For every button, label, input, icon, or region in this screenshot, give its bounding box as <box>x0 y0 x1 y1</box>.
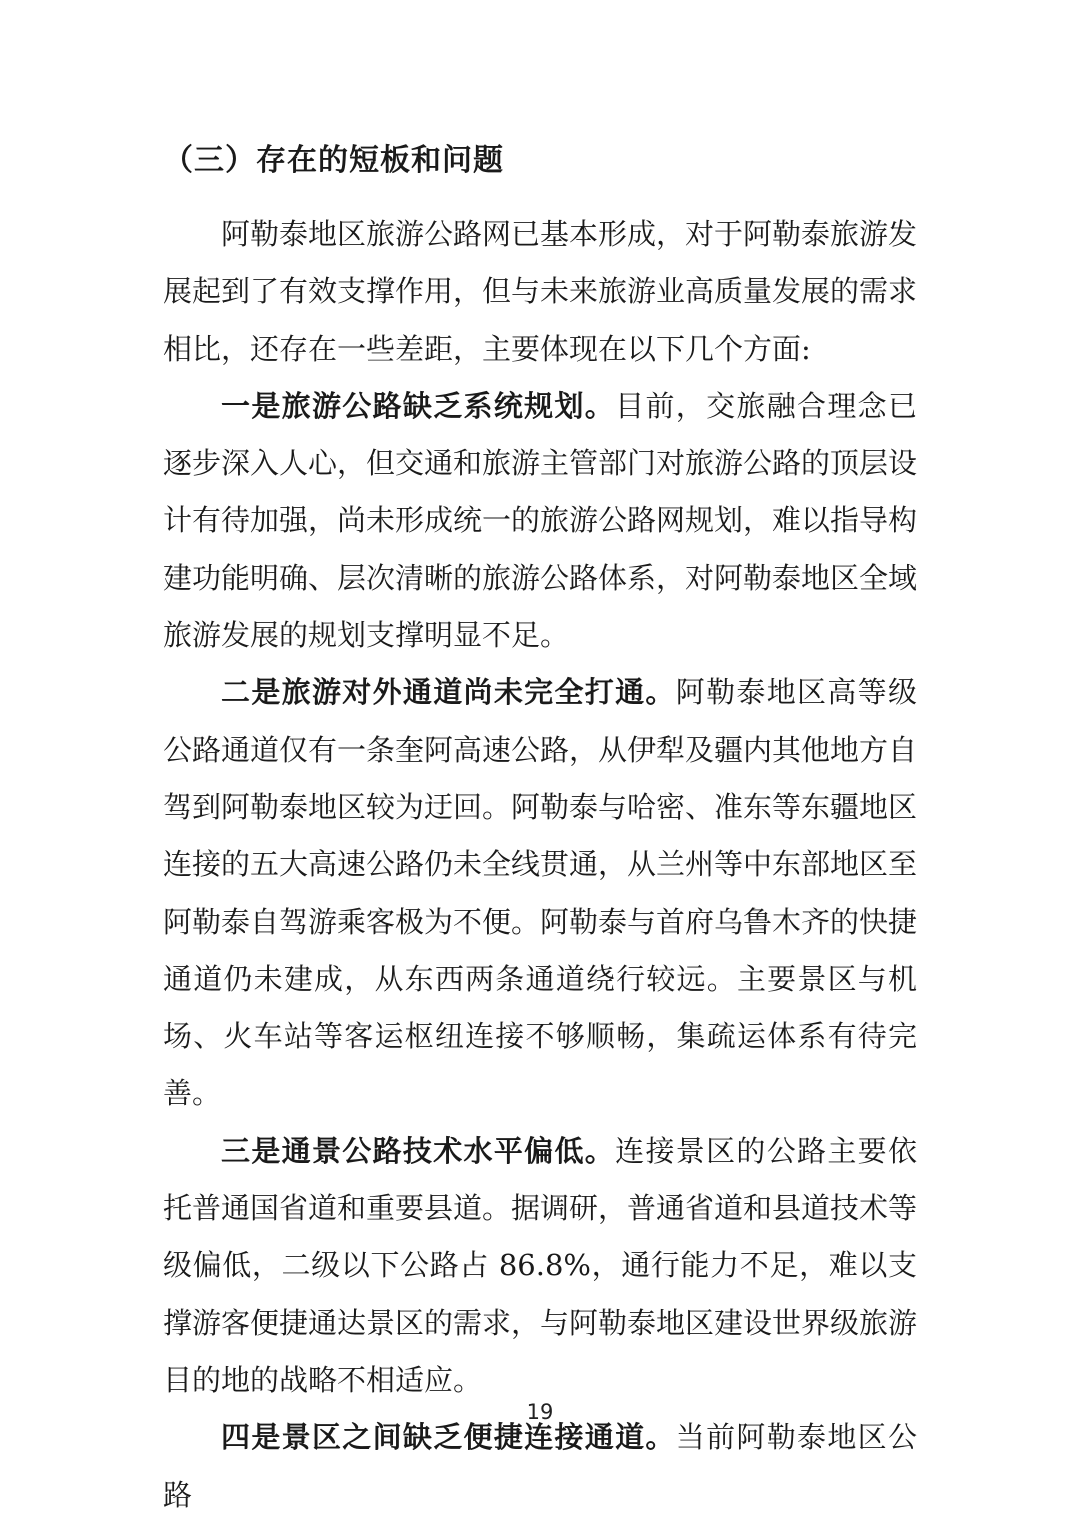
page-number: 19 <box>0 1400 1080 1424</box>
document-body: （三）存在的短板和问题 阿勒泰地区旅游公路网已基本形成，对于阿勒泰旅游发展起到了… <box>163 132 917 1524</box>
paragraph-lead: 四是景区之间缺乏便捷连接通道。 <box>221 1420 676 1454</box>
section-heading: （三）存在的短板和问题 <box>163 132 917 190</box>
paragraph-text: 连接景区的公路主要依托普通国省道和重要县道。据调研，普通省道和县道技术等级偏低，… <box>163 1134 917 1397</box>
paragraph: 三是通景公路技术水平偏低。连接景区的公路主要依托普通国省道和重要县道。据调研，普… <box>163 1123 917 1409</box>
paragraph: 一是旅游公路缺乏系统规划。目前，交旅融合理念已逐步深入人心，但交通和旅游主管部门… <box>163 378 917 664</box>
paragraph: 二是旅游对外通道尚未完全打通。阿勒泰地区高等级公路通道仅有一条奎阿高速公路，从伊… <box>163 664 917 1122</box>
paragraph: 四是景区之间缺乏便捷连接通道。当前阿勒泰地区公路 <box>163 1409 917 1524</box>
paragraph-lead: 一是旅游公路缺乏系统规划。 <box>221 389 615 423</box>
paragraph-text: 目前，交旅融合理念已逐步深入人心，但交通和旅游主管部门对旅游公路的顶层设计有待加… <box>163 389 917 652</box>
paragraph-lead: 二是旅游对外通道尚未完全打通。 <box>221 675 676 709</box>
paragraph-lead: 三是通景公路技术水平偏低。 <box>221 1134 615 1168</box>
document-page: （三）存在的短板和问题 阿勒泰地区旅游公路网已基本形成，对于阿勒泰旅游发展起到了… <box>0 0 1080 1528</box>
paragraph-text: 阿勒泰地区旅游公路网已基本形成，对于阿勒泰旅游发展起到了有效支撑作用，但与未来旅… <box>163 217 917 366</box>
paragraph: 阿勒泰地区旅游公路网已基本形成，对于阿勒泰旅游发展起到了有效支撑作用，但与未来旅… <box>163 206 917 378</box>
paragraph-text: 阿勒泰地区高等级公路通道仅有一条奎阿高速公路，从伊犁及疆内其他地方自驾到阿勒泰地… <box>163 675 917 1110</box>
